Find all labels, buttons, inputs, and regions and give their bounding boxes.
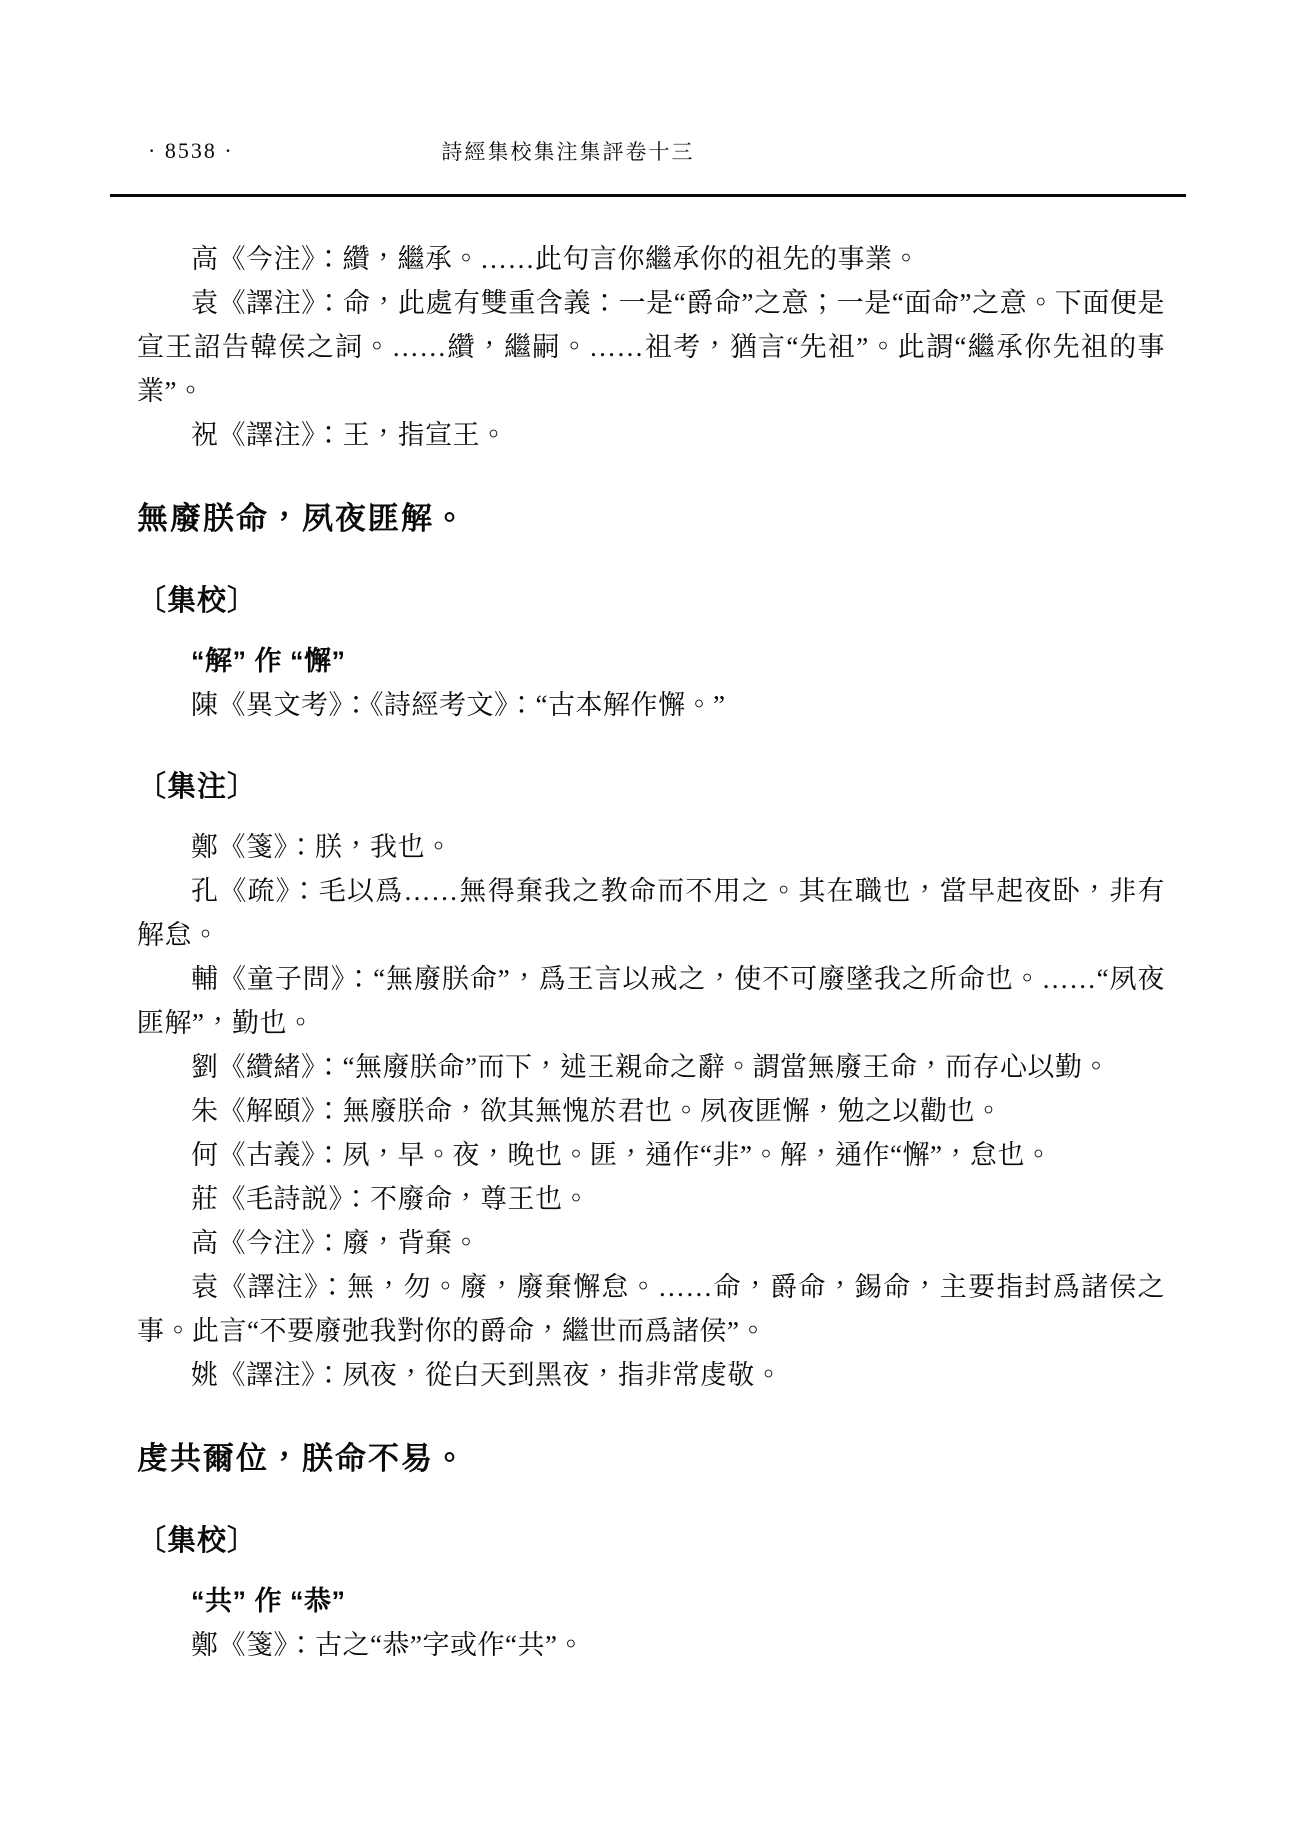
jizhu-item-zheng: 鄭《箋》：朕，我也。	[137, 825, 1165, 869]
jizhu-item-yuan: 袁《譯注》：無，勿。廢，廢棄懈怠。……命，爵命，錫命，主要指封爲諸侯之事。此言“…	[137, 1265, 1165, 1353]
jizhu-item-liu: 劉《纘緒》：“無廢朕命”而下，述王親命之辭。謂當無廢王命，而存心以勤。	[137, 1045, 1165, 1089]
annotation-yuan-previous: 袁《譯注》：命，此處有雙重含義：一是“爵命”之意；一是“面命”之意。下面便是宣王…	[137, 281, 1165, 413]
annotation-zhu-previous: 祝《譯注》：王，指宣王。	[137, 413, 1165, 457]
annotation-gao-previous: 高《今注》：纘，繼承。……此句言你繼承你的祖先的事業。	[137, 237, 1165, 281]
book-page: · 8538 · 詩經集校集注集評卷十三 高《今注》：纘，繼承。……此句言你繼承…	[0, 0, 1300, 1827]
variant-note-2: “共” 作 “恭”	[137, 1579, 1165, 1623]
verse-heading-2: 虔共爾位，朕命不易。	[137, 1437, 1165, 1481]
jixiao-heading-1: 〔集校〕	[137, 581, 1165, 621]
jixiao-item-zheng-2: 鄭《箋》：古之“恭”字或作“共”。	[137, 1623, 1165, 1667]
jizhu-item-zhu: 朱《解頤》：無廢朕命，欲其無愧於君也。夙夜匪懈，勉之以勸也。	[137, 1089, 1165, 1133]
running-title: 詩經集校集注集評卷十三	[442, 136, 695, 166]
page-number: · 8538 ·	[148, 138, 234, 164]
variant-note-1: “解” 作 “懈”	[137, 639, 1165, 683]
jizhu-item-fu: 輔《童子問》：“無廢朕命”，爲王言以戒之，使不可廢墜我之所命也。……“夙夜匪解”…	[137, 957, 1165, 1045]
jizhu-item-kong: 孔《疏》：毛以爲……無得棄我之教命而不用之。其在職也，當早起夜卧，非有解怠。	[137, 869, 1165, 957]
page-header: · 8538 · 詩經集校集注集評卷十三	[0, 0, 1300, 196]
page-body: 高《今注》：纘，繼承。……此句言你繼承你的祖先的事業。 袁《譯注》：命，此處有雙…	[137, 197, 1165, 1667]
jizhu-heading-1: 〔集注〕	[137, 767, 1165, 807]
jizhu-item-he: 何《古義》：夙，早。夜，晚也。匪，通作“非”。解，通作“懈”，怠也。	[137, 1133, 1165, 1177]
jixiao-item-chen: 陳《異文考》：《詩經考文》：“古本解作懈。”	[137, 683, 1165, 727]
jizhu-item-gao: 高《今注》：廢，背棄。	[137, 1221, 1165, 1265]
jixiao-heading-2: 〔集校〕	[137, 1521, 1165, 1561]
jizhu-item-yao: 姚《譯注》：夙夜，從白天到黑夜，指非常虔敬。	[137, 1353, 1165, 1397]
verse-heading-1: 無廢朕命，夙夜匪解。	[137, 497, 1165, 541]
jizhu-item-zhuang: 莊《毛詩説》：不廢命，尊王也。	[137, 1177, 1165, 1221]
